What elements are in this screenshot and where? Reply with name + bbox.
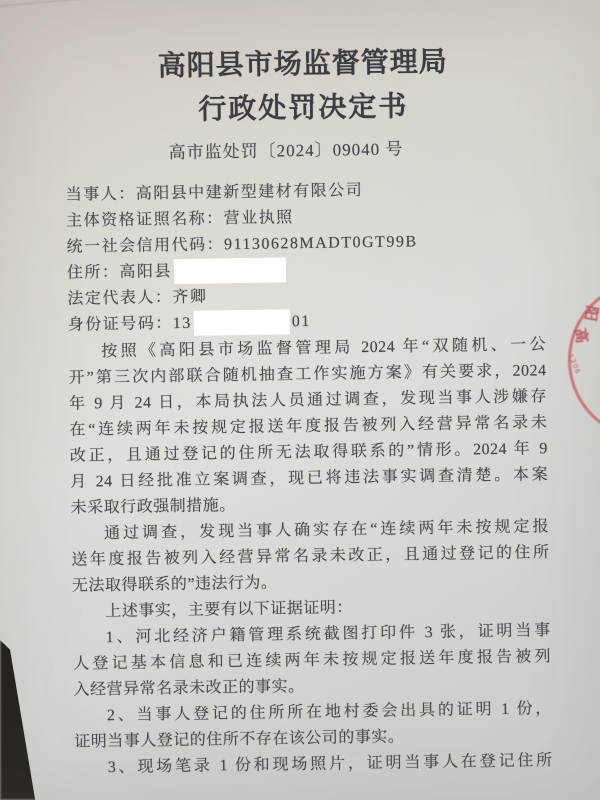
document-content: 高阳县市场监督管理局 行政处罚决定书 高市监处罚〔2024〕09040 号 当事… bbox=[63, 38, 553, 781]
seal-character-top: 阳 bbox=[580, 304, 600, 322]
seal-character-bottom: 高 bbox=[570, 326, 593, 344]
document-photo: 阳 高 1306 高阳县市场监督管理局 行政处罚决定书 高市监处罚〔2024〕0… bbox=[0, 0, 600, 800]
id-number-redaction-box bbox=[194, 309, 290, 336]
background-corner bbox=[0, 640, 40, 800]
document-number: 高市监处罚〔2024〕09040 号 bbox=[47, 133, 525, 166]
document-body: 按照《高阳县市场监督管理局 2024 年“双随机、一公 开”第三次内部联合随机抽… bbox=[68, 332, 553, 781]
id-number-prefix: 身份证号码：13 bbox=[68, 315, 192, 334]
agency-title: 高阳县市场监督管理局 bbox=[63, 38, 542, 86]
document-title: 行政处罚决定书 bbox=[64, 82, 543, 130]
seal-serial-digits: 1306 bbox=[567, 353, 582, 376]
official-seal-stamp: 阳 高 1306 bbox=[568, 280, 600, 440]
party-info-block: 当事人：高阳县中建新型建材有限公司 主体资格证照名称：营业执照 统一社会信用代码… bbox=[66, 175, 546, 338]
address-redaction-box bbox=[174, 257, 286, 284]
address-prefix: 住所：高阳县 bbox=[67, 263, 172, 282]
id-number-suffix: 01 bbox=[292, 313, 311, 330]
paper-crease bbox=[0, 0, 153, 7]
